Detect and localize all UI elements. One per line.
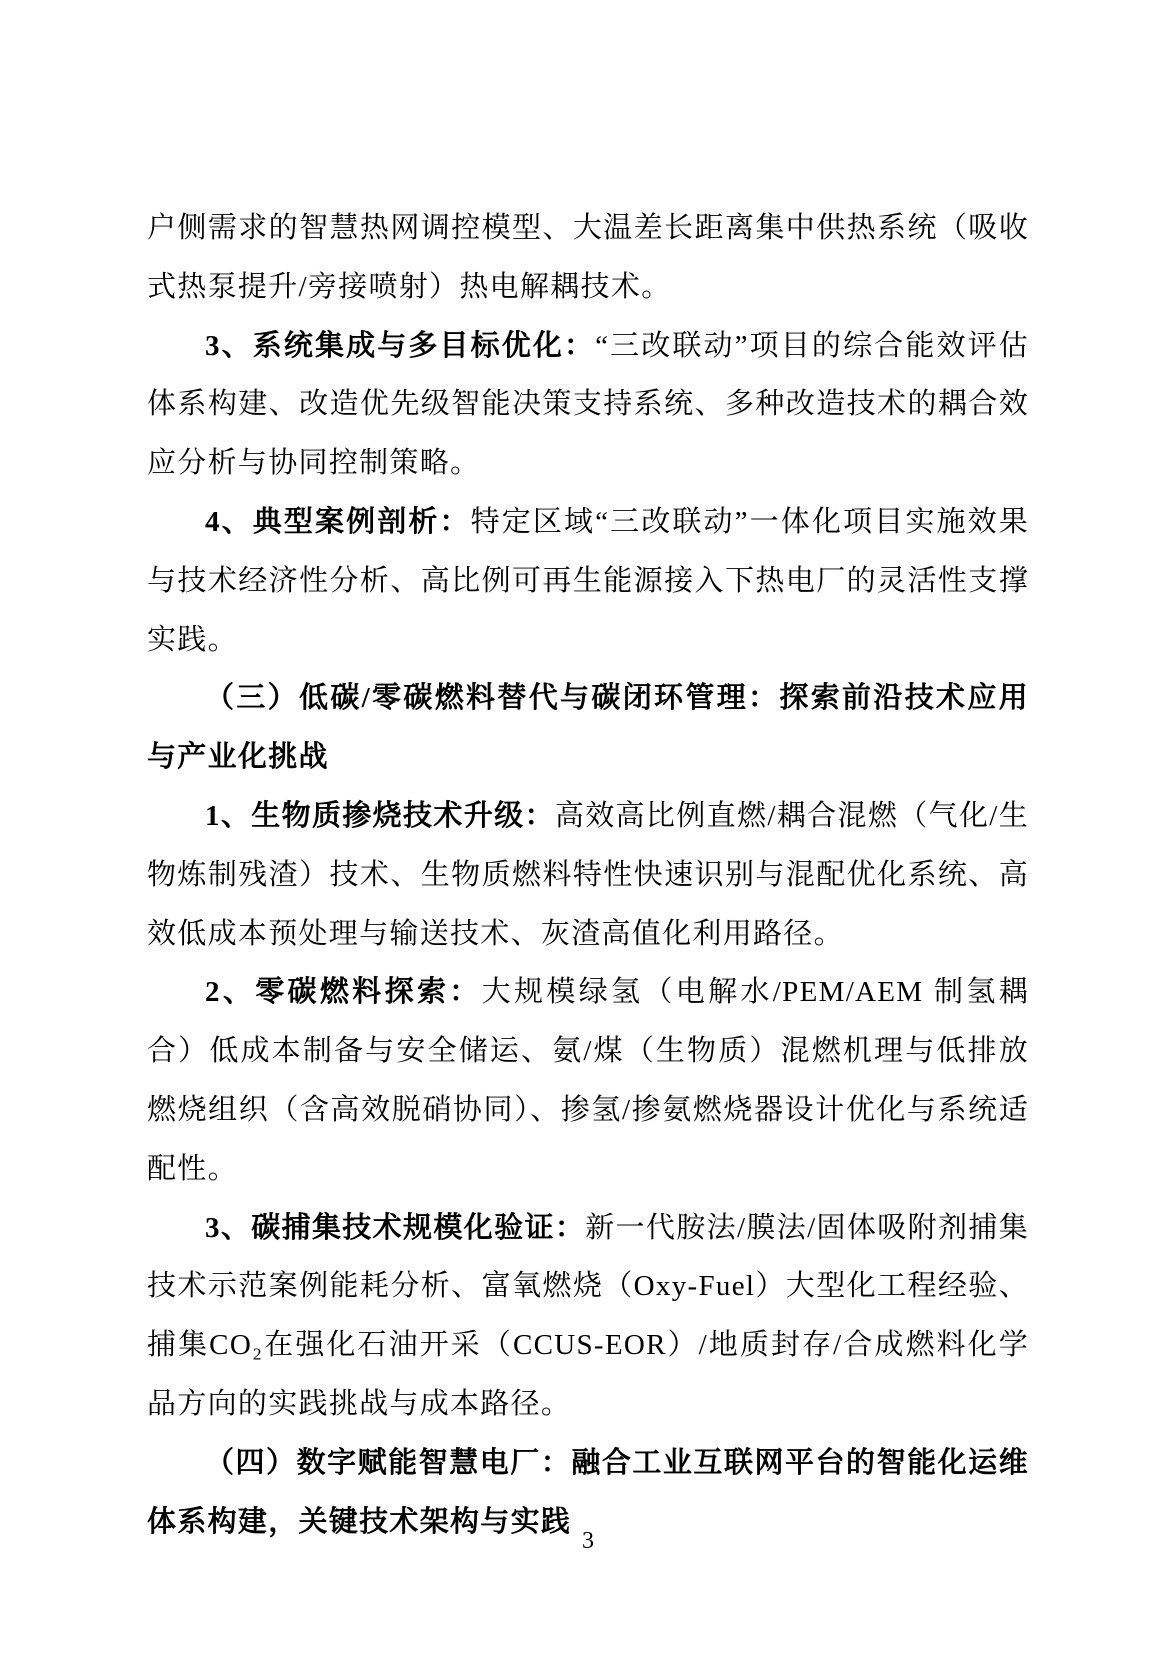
paragraph-text: 户侧需求的智慧热网调控模型、大温差长距离集中供热系统（吸收式热泵提升/旁接喷射）… — [147, 212, 1029, 303]
paragraph: 户侧需求的智慧热网调控模型、大温差长距离集中供热系统（吸收式热泵提升/旁接喷射）… — [147, 199, 1029, 317]
paragraph: 3、系统集成与多目标优化：“三改联动”项目的综合能效评估体系构建、改造优先级智能… — [147, 317, 1029, 493]
paragraph: 1、生物质掺烧技术升级：高效高比例直燃/耦合混燃（气化/生物炼制残渣）技术、生物… — [147, 787, 1029, 963]
paragraph-lead-in: （四）数字赋能智慧电厂：融合工业互联网平台的智能化运维体系构建，关键技术架构与实… — [147, 1447, 1029, 1538]
paragraph: 3、碳捕集技术规模化验证：新一代胺法/膜法/固体吸附剂捕集技术示范案例能耗分析、… — [147, 1199, 1029, 1434]
paragraph: 2、零碳燃料探索：大规模绿氢（电解水/PEM/AEM 制氢耦合）低成本制备与安全… — [147, 963, 1029, 1198]
paragraph: （三）低碳/零碳燃料替代与碳闭环管理：探索前沿技术应用与产业化挑战 — [147, 669, 1029, 787]
paragraph-lead-in: （三）低碳/零碳燃料替代与碳闭环管理：探索前沿技术应用与产业化挑战 — [147, 682, 1029, 773]
document-body: 户侧需求的智慧热网调控模型、大温差长距离集中供热系统（吸收式热泵提升/旁接喷射）… — [147, 199, 1029, 1551]
paragraph: 4、典型案例剖析：特定区域“三改联动”一体化项目实施效果与技术经济性分析、高比例… — [147, 493, 1029, 669]
paragraph-lead-in: 4、典型案例剖析： — [205, 506, 471, 538]
paragraph-lead-in: 1、生物质掺烧技术升级： — [205, 800, 555, 832]
page-footer: 3 — [0, 1526, 1176, 1556]
paragraph-lead-in: 2、零碳燃料探索： — [205, 976, 482, 1008]
paragraph-lead-in: 3、系统集成与多目标优化： — [205, 330, 595, 362]
page-number: 3 — [582, 1526, 594, 1556]
document-page: 户侧需求的智慧热网调控模型、大温差长距离集中供热系统（吸收式热泵提升/旁接喷射）… — [0, 0, 1176, 1677]
paragraph-lead-in: 3、碳捕集技术规模化验证： — [205, 1212, 585, 1244]
